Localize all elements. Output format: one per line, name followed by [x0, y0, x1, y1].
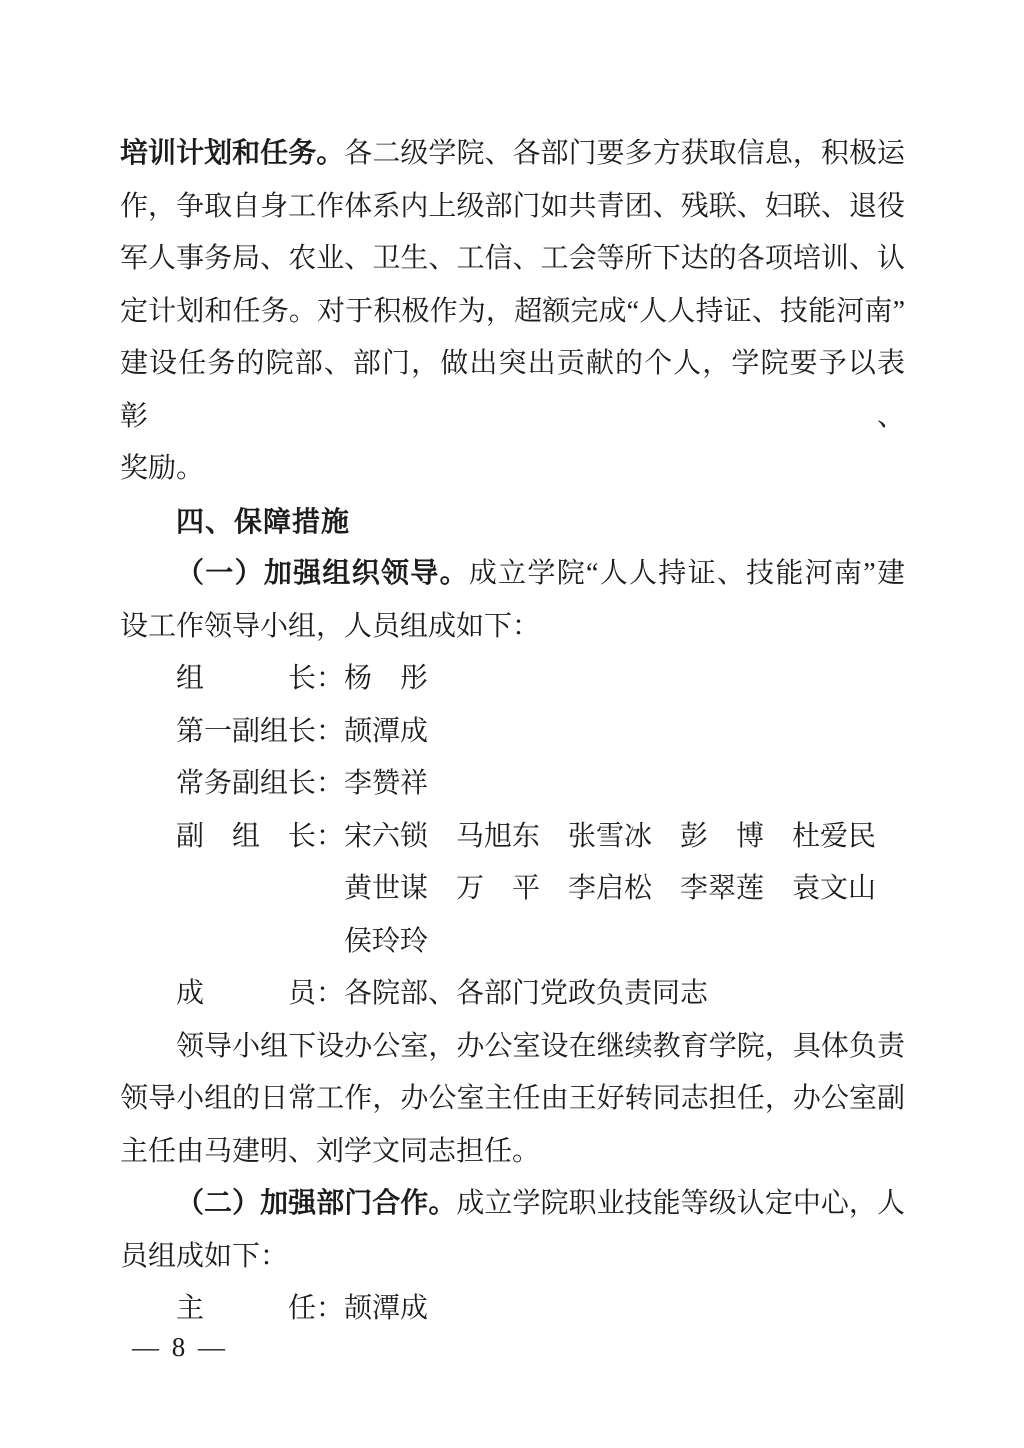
roster-names: 杨 彤 — [344, 663, 428, 694]
para1-line5: 建设任务的院部、部门，做出突出贡献的个人，学院要予以表彰、 — [120, 338, 905, 443]
sec2-line1-rest: 成立学院职业技能等级认定中心，人 — [456, 1188, 905, 1219]
para1-line6: 奖励。 — [120, 443, 905, 496]
para1-line1: 培训计划和任务。各二级学院、各部门要多方获取信息，积极运 — [120, 128, 905, 181]
roster-line-diyifuzuzhang: 第一副组长：颉潭成 — [120, 706, 905, 759]
section-heading: 四、保障措施 — [120, 496, 905, 549]
roster-line-fuzuzhang-cont1: 黄世谋 万 平 李启松 李翠莲 袁文山 — [120, 863, 905, 916]
para1-line2: 作，争取自身工作体系内上级部门如共青团、残联、妇联、退役 — [120, 181, 905, 234]
para1-lead-bold: 培训计划和任务。 — [120, 138, 344, 169]
document-body: 培训计划和任务。各二级学院、各部门要多方获取信息，积极运 作，争取自身工作体系内… — [120, 128, 905, 1336]
roster-names: 宋六锁 马旭东 张雪冰 彭 博 杜爱民 — [344, 821, 876, 852]
sec1-line1: （一）加强组织领导。成立学院“人人持证、技能河南”建 — [120, 548, 905, 601]
sec1-title-bold: （一）加强组织领导。 — [176, 558, 469, 589]
sec2-line2: 员组成如下： — [120, 1231, 905, 1284]
roster-label: 常务副组长： — [176, 768, 344, 799]
para1-line4: 定计划和任务。对于积极作为，超额完成“人人持证、技能河南” — [120, 286, 905, 339]
roster-label: 主 任： — [176, 1293, 344, 1324]
roster-names: 黄世谋 万 平 李启松 李翠莲 袁文山 — [344, 873, 876, 904]
roster-line-chengyuan: 成 员：各院部、各部门党政负责同志 — [120, 968, 905, 1021]
sec1-line2: 设工作领导小组，人员组成如下： — [120, 601, 905, 654]
document-page: 培训计划和任务。各二级学院、各部门要多方获取信息，积极运 作，争取自身工作体系内… — [0, 0, 1024, 1448]
roster-names: 颉潭成 — [344, 1293, 428, 1324]
page-number: — 8 — — [132, 1332, 228, 1363]
roster-line-changwufuzuzhang: 常务副组长：李赞祥 — [120, 758, 905, 811]
para2-line2: 领导小组的日常工作，办公室主任由王好转同志担任，办公室副 — [120, 1073, 905, 1126]
sec1-line1-rest: 成立学院“人人持证、技能河南”建 — [469, 558, 905, 589]
roster-line-zuzhang: 组 长：杨 彤 — [120, 653, 905, 706]
para1-line1-rest: 各二级学院、各部门要多方获取信息，积极运 — [344, 138, 905, 169]
roster-label: 第一副组长： — [176, 716, 344, 747]
roster-line-fuzuzhang-cont2: 侯玲玲 — [120, 916, 905, 969]
para1-line3: 军人事务局、农业、卫生、工信、工会等所下达的各项培训、认 — [120, 233, 905, 286]
roster-label: 组 长： — [176, 663, 344, 694]
roster-names: 侯玲玲 — [344, 926, 428, 957]
roster-label: 成 员： — [176, 978, 344, 1009]
roster-names: 各院部、各部门党政负责同志 — [344, 978, 708, 1009]
para2-line1: 领导小组下设办公室，办公室设在继续教育学院，具体负责 — [120, 1021, 905, 1074]
sec2-title-bold: （二）加强部门合作。 — [176, 1188, 456, 1219]
para2-line3: 主任由马建明、刘学文同志担任。 — [120, 1126, 905, 1179]
roster-label: 副 组 长： — [176, 821, 344, 852]
roster-line-fuzuzhang: 副 组 长：宋六锁 马旭东 张雪冰 彭 博 杜爱民 — [120, 811, 905, 864]
roster-names: 李赞祥 — [344, 768, 428, 799]
sec2-line1: （二）加强部门合作。成立学院职业技能等级认定中心，人 — [120, 1178, 905, 1231]
roster-names: 颉潭成 — [344, 716, 428, 747]
roster-line-zhuren: 主 任：颉潭成 — [120, 1283, 905, 1336]
